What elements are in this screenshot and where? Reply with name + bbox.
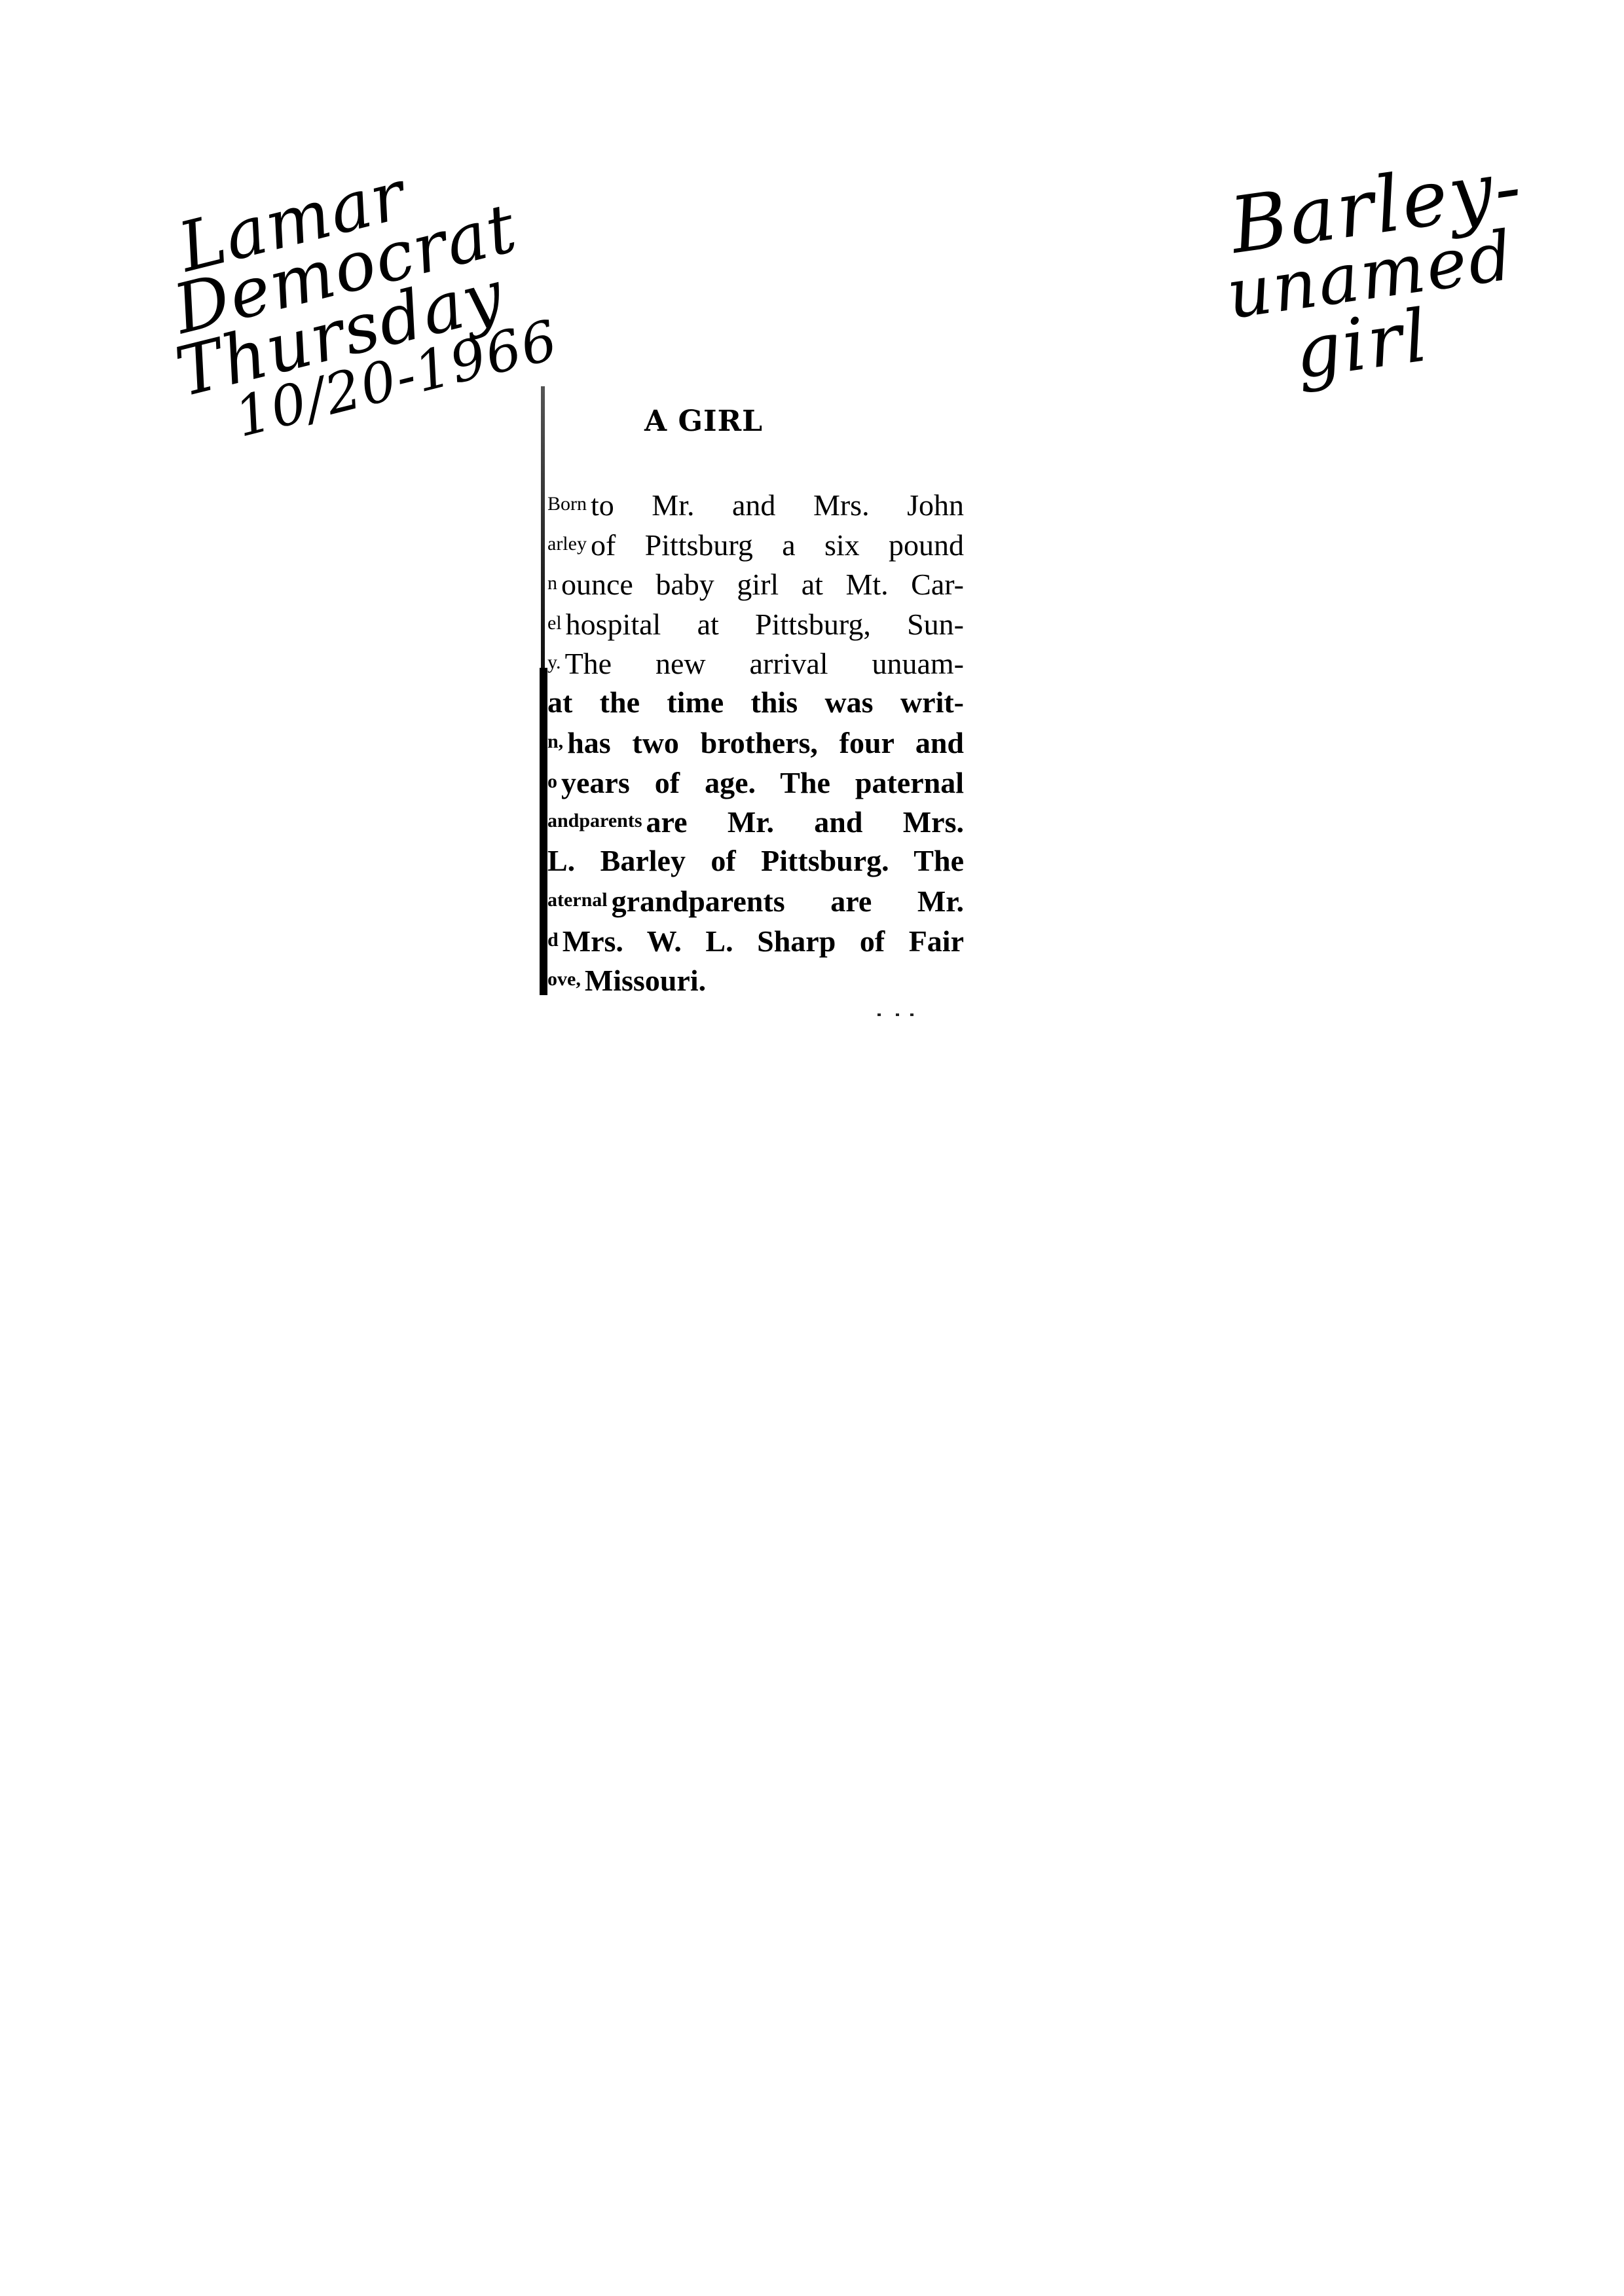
clipping-line: at the time this was writ- — [547, 683, 964, 723]
clipping-line-text: grandparents are Mr. — [612, 884, 964, 918]
clipping-line: ove,Missouri. — [547, 960, 964, 1000]
clipping-line: arleyof Pittsburg a six pound — [547, 524, 964, 564]
clipping-line-text: Mrs. W. L. Sharp of Fair — [563, 924, 964, 958]
clipping-line-cut-fragment: n, — [547, 731, 563, 752]
clipping-line: elhospital at Pittsburg, Sun- — [547, 604, 964, 644]
clipping-line-text: of Pittsburg a six pound — [591, 528, 964, 562]
clipping-line-text: years of age. The paternal — [561, 766, 964, 799]
clipping-line-cut-fragment: Born — [547, 493, 587, 515]
clipping-line-cut-fragment: y. — [547, 651, 561, 673]
clipping-line-cut-fragment: el — [547, 612, 562, 634]
clipping-headline: A GIRL — [644, 405, 763, 438]
clipping-line-cut-fragment: o — [547, 771, 557, 792]
clipping-line-text: at the time this was writ- — [547, 685, 964, 719]
newspaper-clipping: A GIRL Bornto Mr. and Mrs. Johnarleyof P… — [541, 386, 973, 1002]
clipping-line: L. Barley of Pittsburg. The — [547, 841, 964, 881]
clipping-line-text: to Mr. and Mrs. John — [591, 488, 964, 522]
clipping-line: aternalgrandparents are Mr. — [547, 881, 964, 920]
scan-specks — [877, 1013, 917, 1017]
clipping-line-text: Missouri. — [585, 964, 706, 997]
clipping-line-text: L. Barley of Pittsburg. The — [547, 844, 964, 877]
clipping-shadow-edge — [540, 668, 547, 995]
clipping-line-cut-fragment: ove, — [547, 968, 581, 990]
clipping-line-text: are Mr. and Mrs. — [646, 805, 965, 839]
scanned-page: Lamar Democrat Thursday 10/20-1966 Barle… — [0, 0, 1624, 2296]
clipping-line-cut-fragment: andparents — [547, 810, 642, 831]
clipping-line: andparentsare Mr. and Mrs. — [547, 801, 964, 841]
clipping-line: oyears of age. The paternal — [547, 762, 964, 802]
clipping-line-cut-fragment: n — [547, 572, 557, 594]
clipping-line: nounce baby girl at Mt. Car- — [547, 564, 964, 604]
clipping-body: Bornto Mr. and Mrs. Johnarleyof Pittsbur… — [547, 484, 973, 1000]
clipping-line: dMrs. W. L. Sharp of Fair — [547, 920, 964, 960]
clipping-line: n,has two brothers, four and — [547, 722, 964, 762]
handwritten-note-subject: Barley- unamed girl — [1213, 153, 1511, 468]
clipping-line-cut-fragment: aternal — [547, 889, 608, 911]
clipping-line: Bornto Mr. and Mrs. John — [547, 484, 964, 524]
handwritten-note-source-date: Lamar Democrat Thursday 10/20-1966 — [147, 146, 518, 489]
clipping-line-text: ounce baby girl at Mt. Car- — [561, 568, 964, 601]
clipping-line: y.The new arrival unuam- — [547, 643, 964, 683]
clipping-line-text: hospital at Pittsburg, Sun- — [566, 608, 964, 641]
clipping-line-cut-fragment: d — [547, 929, 559, 951]
clipping-line-text: The new arrival unuam- — [565, 647, 964, 680]
clipping-line-cut-fragment: arley — [547, 533, 587, 555]
clipping-line-text: has two brothers, four and — [567, 726, 964, 759]
